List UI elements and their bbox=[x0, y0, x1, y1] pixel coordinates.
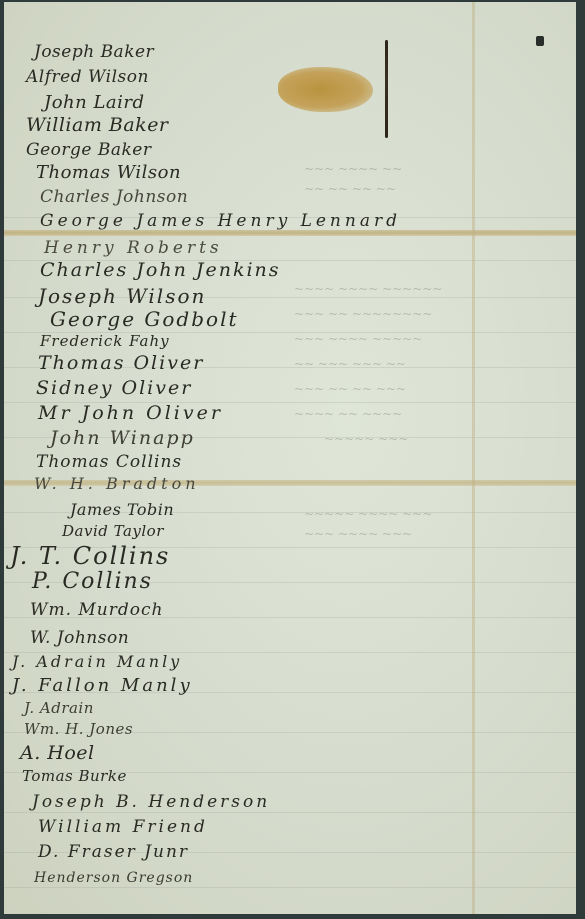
signature: William Baker bbox=[26, 114, 169, 136]
signature: W. Johnson bbox=[30, 628, 129, 648]
signature: James Tobin bbox=[70, 500, 174, 519]
signature: W. H. Bradton bbox=[34, 474, 200, 493]
signature: Joseph B. Henderson bbox=[32, 792, 270, 812]
signature: Thomas Wilson bbox=[36, 162, 181, 183]
signature: Joseph Baker bbox=[34, 42, 154, 62]
corner-mark bbox=[536, 36, 544, 46]
signature: J. Fallon Manly bbox=[12, 675, 193, 696]
document-page: ~~~ ~~~~ ~~ ~~ ~~ ~~ ~~ ~~~~ ~~~~ ~~~~~~… bbox=[4, 2, 576, 914]
signature: Joseph Wilson bbox=[38, 284, 206, 308]
signature: George Baker bbox=[26, 140, 151, 160]
signature: Henderson Gregson bbox=[34, 870, 193, 886]
signature: Charles John Jenkins bbox=[40, 259, 281, 281]
signature: David Taylor bbox=[62, 522, 164, 540]
signature: John Laird bbox=[44, 92, 145, 113]
signature: Frederick Fahy bbox=[40, 332, 170, 350]
signature: Henry Roberts bbox=[44, 238, 223, 258]
signature: Tomas Burke bbox=[22, 767, 127, 785]
signature: George Godbolt bbox=[50, 307, 239, 331]
signature: Wm. H. Jones bbox=[24, 720, 133, 738]
signature: Alfred Wilson bbox=[26, 67, 149, 87]
signature: Thomas Oliver bbox=[38, 352, 204, 374]
signature: D. Fraser Junr bbox=[38, 842, 189, 862]
signature: George James Henry Lennard bbox=[40, 211, 401, 231]
ink-mark bbox=[385, 40, 388, 138]
signature: Thomas Collins bbox=[36, 452, 182, 472]
signature: Mr John Oliver bbox=[38, 402, 223, 424]
signature: P. Collins bbox=[32, 569, 153, 594]
ink-stain bbox=[278, 67, 373, 112]
signature: Charles Johnson bbox=[40, 187, 188, 207]
signature: J. Adrain bbox=[24, 699, 94, 717]
signature: Wm. Murdoch bbox=[30, 600, 163, 620]
signature: John Winapp bbox=[50, 427, 195, 449]
signature: Sidney Oliver bbox=[36, 377, 192, 399]
signature: William Friend bbox=[38, 817, 208, 837]
vertical-fold bbox=[472, 2, 475, 914]
signature: A. Hoel bbox=[20, 742, 95, 764]
signature: J. Adrain Manly bbox=[12, 652, 182, 671]
signature: J. T. Collins bbox=[10, 542, 170, 570]
